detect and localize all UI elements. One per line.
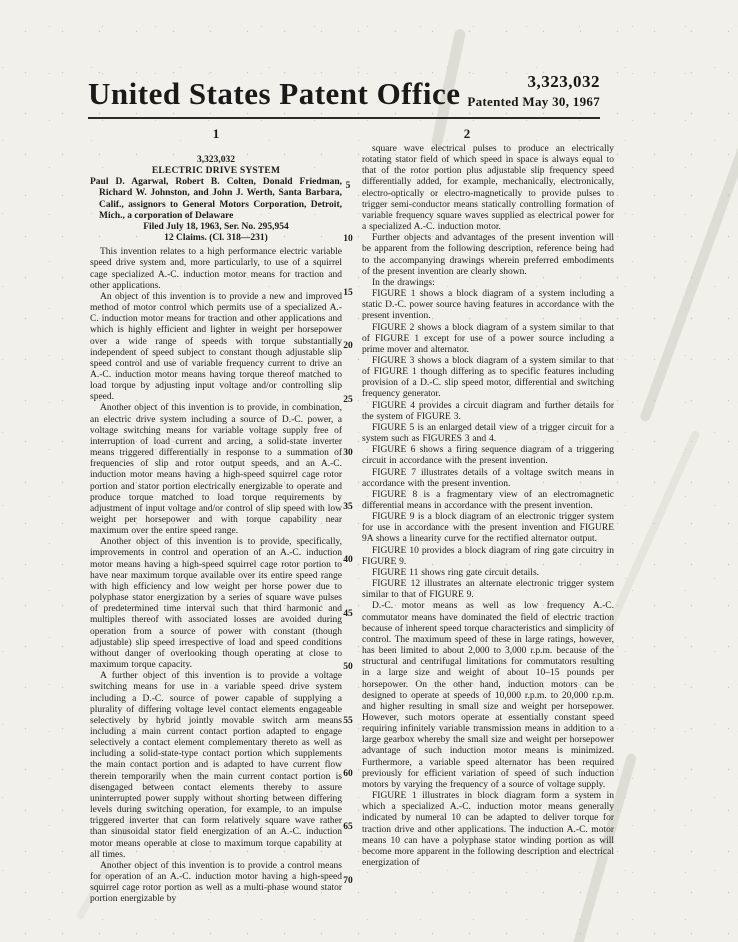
line-number: 60 bbox=[337, 769, 359, 779]
filed-line: Filed July 18, 1963, Ser. No. 295,954 bbox=[90, 222, 342, 233]
patent-number-title: 3,323,032 bbox=[90, 155, 342, 166]
paragraph: This invention relates to a high perform… bbox=[90, 247, 342, 292]
paragraph: Another object of this invention is to p… bbox=[90, 861, 342, 906]
line-number: 25 bbox=[337, 395, 359, 405]
paragraph: FIGURE 3 shows a block diagram of a syst… bbox=[362, 356, 614, 401]
paragraph: FIGURE 6 shows a firing sequence diagram… bbox=[362, 445, 614, 467]
paragraph: Another object of this invention is to p… bbox=[90, 537, 342, 671]
line-number: 55 bbox=[337, 716, 359, 726]
right-column: square wave electrical pulses to produce… bbox=[362, 144, 614, 869]
line-number: 10 bbox=[337, 234, 359, 244]
invention-title: ELECTRIC DRIVE SYSTEM bbox=[90, 166, 342, 177]
inventors-line: Paul D. Agarwal, Robert B. Colten, Donal… bbox=[90, 177, 342, 222]
paragraph: An object of this invention is to provid… bbox=[90, 292, 342, 404]
scan-streak-artifact bbox=[639, 137, 738, 422]
line-number: 70 bbox=[337, 876, 359, 886]
paragraph: FIGURE 4 provides a circuit diagram and … bbox=[362, 401, 614, 423]
paragraph: Further objects and advantages of the pr… bbox=[362, 233, 614, 278]
paragraph: FIGURE 11 shows ring gate circuit detail… bbox=[362, 568, 614, 579]
line-number: 30 bbox=[337, 448, 359, 458]
column-number-right: 2 bbox=[362, 126, 572, 142]
paragraph: FIGURE 2 shows a block diagram of a syst… bbox=[362, 323, 614, 356]
paragraph: square wave electrical pulses to produce… bbox=[362, 144, 614, 233]
line-number: 5 bbox=[337, 181, 359, 191]
paragraph: Another object of this invention is to p… bbox=[90, 403, 342, 537]
column-number-left: 1 bbox=[88, 126, 344, 142]
title-block: 3,323,032 ELECTRIC DRIVE SYSTEM Paul D. … bbox=[90, 155, 342, 244]
paragraph: FIGURE 12 illustrates an alternate elect… bbox=[362, 579, 614, 601]
paragraph: D.-C. motor means as well as low frequen… bbox=[362, 601, 614, 791]
paragraph: FIGURE 1 shows a block diagram of a syst… bbox=[362, 289, 614, 322]
line-number: 20 bbox=[337, 341, 359, 351]
paragraph: FIGURE 10 provides a block diagram of ri… bbox=[362, 546, 614, 568]
claims-line: 12 Claims. (Cl. 318—231) bbox=[90, 233, 342, 244]
line-number: 15 bbox=[337, 288, 359, 298]
paragraph: FIGURE 1 illustrates in block diagram fo… bbox=[362, 791, 614, 869]
line-number: 35 bbox=[337, 502, 359, 512]
paragraph: FIGURE 8 is a fragmentary view of an ele… bbox=[362, 490, 614, 512]
line-number-gutter: 510152025303540455055606570 bbox=[337, 0, 359, 942]
left-column-text: This invention relates to a high perform… bbox=[90, 247, 342, 905]
paragraph: FIGURE 7 illustrates details of a voltag… bbox=[362, 468, 614, 490]
patent-date: Patented May 30, 1967 bbox=[400, 94, 600, 110]
header-right-block: 3,323,032 Patented May 30, 1967 bbox=[400, 72, 600, 110]
line-number: 50 bbox=[337, 662, 359, 672]
paragraph: A further object of this invention is to… bbox=[90, 671, 342, 861]
patent-scan-page: United States Patent Office 3,323,032 Pa… bbox=[0, 0, 738, 942]
line-number: 40 bbox=[337, 555, 359, 565]
paragraph: In the drawings: bbox=[362, 278, 614, 289]
paragraph: FIGURE 9 is a block diagram of an electr… bbox=[362, 512, 614, 545]
paragraph: FIGURE 5 is an enlarged detail view of a… bbox=[362, 423, 614, 445]
right-column-text: square wave electrical pulses to produce… bbox=[362, 144, 614, 869]
line-number: 45 bbox=[337, 609, 359, 619]
left-column: 3,323,032 ELECTRIC DRIVE SYSTEM Paul D. … bbox=[90, 155, 342, 905]
line-number: 65 bbox=[337, 822, 359, 832]
patent-number-header: 3,323,032 bbox=[400, 72, 600, 92]
